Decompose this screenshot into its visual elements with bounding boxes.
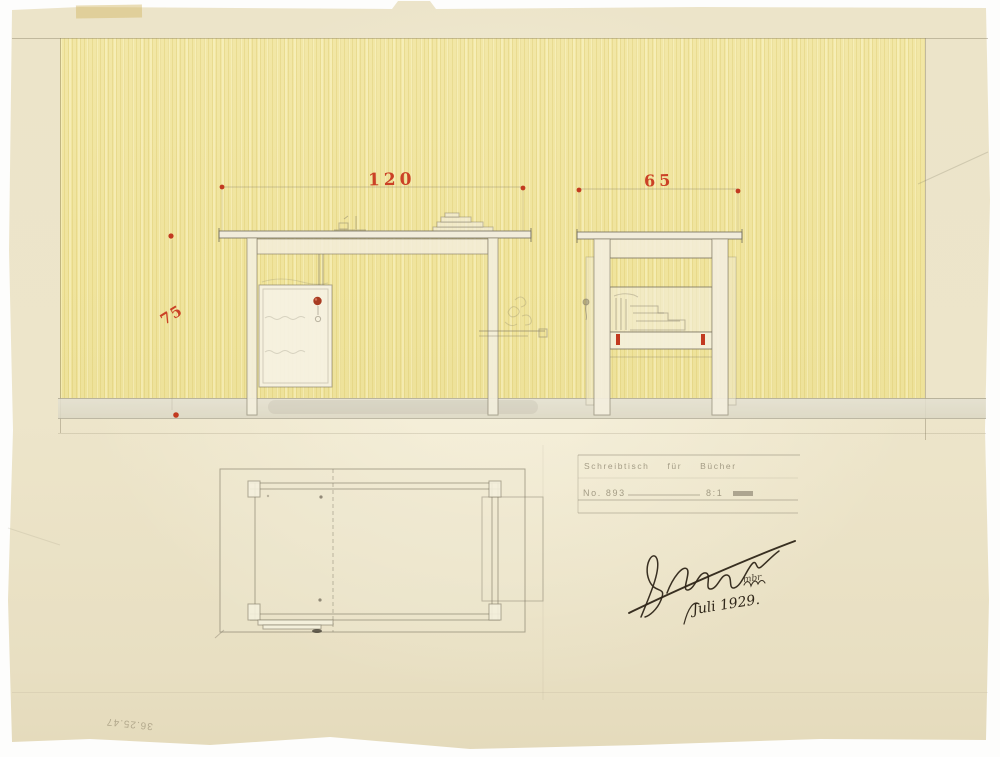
dimension-label-width: 120 <box>368 170 416 191</box>
scanned-drawing-sheet: 120 65 75 Schreibtisch für Bücher No. 89… <box>0 0 1000 757</box>
dimension-label-depth: 65 <box>644 170 675 190</box>
yellow-wall-wash <box>60 38 925 398</box>
title-block-line1: Schreibtisch für Bücher <box>584 461 737 471</box>
scale-note: 8:1 <box>706 488 723 498</box>
drawing-number: No. 893 <box>583 488 626 498</box>
tape-mark <box>76 5 142 19</box>
